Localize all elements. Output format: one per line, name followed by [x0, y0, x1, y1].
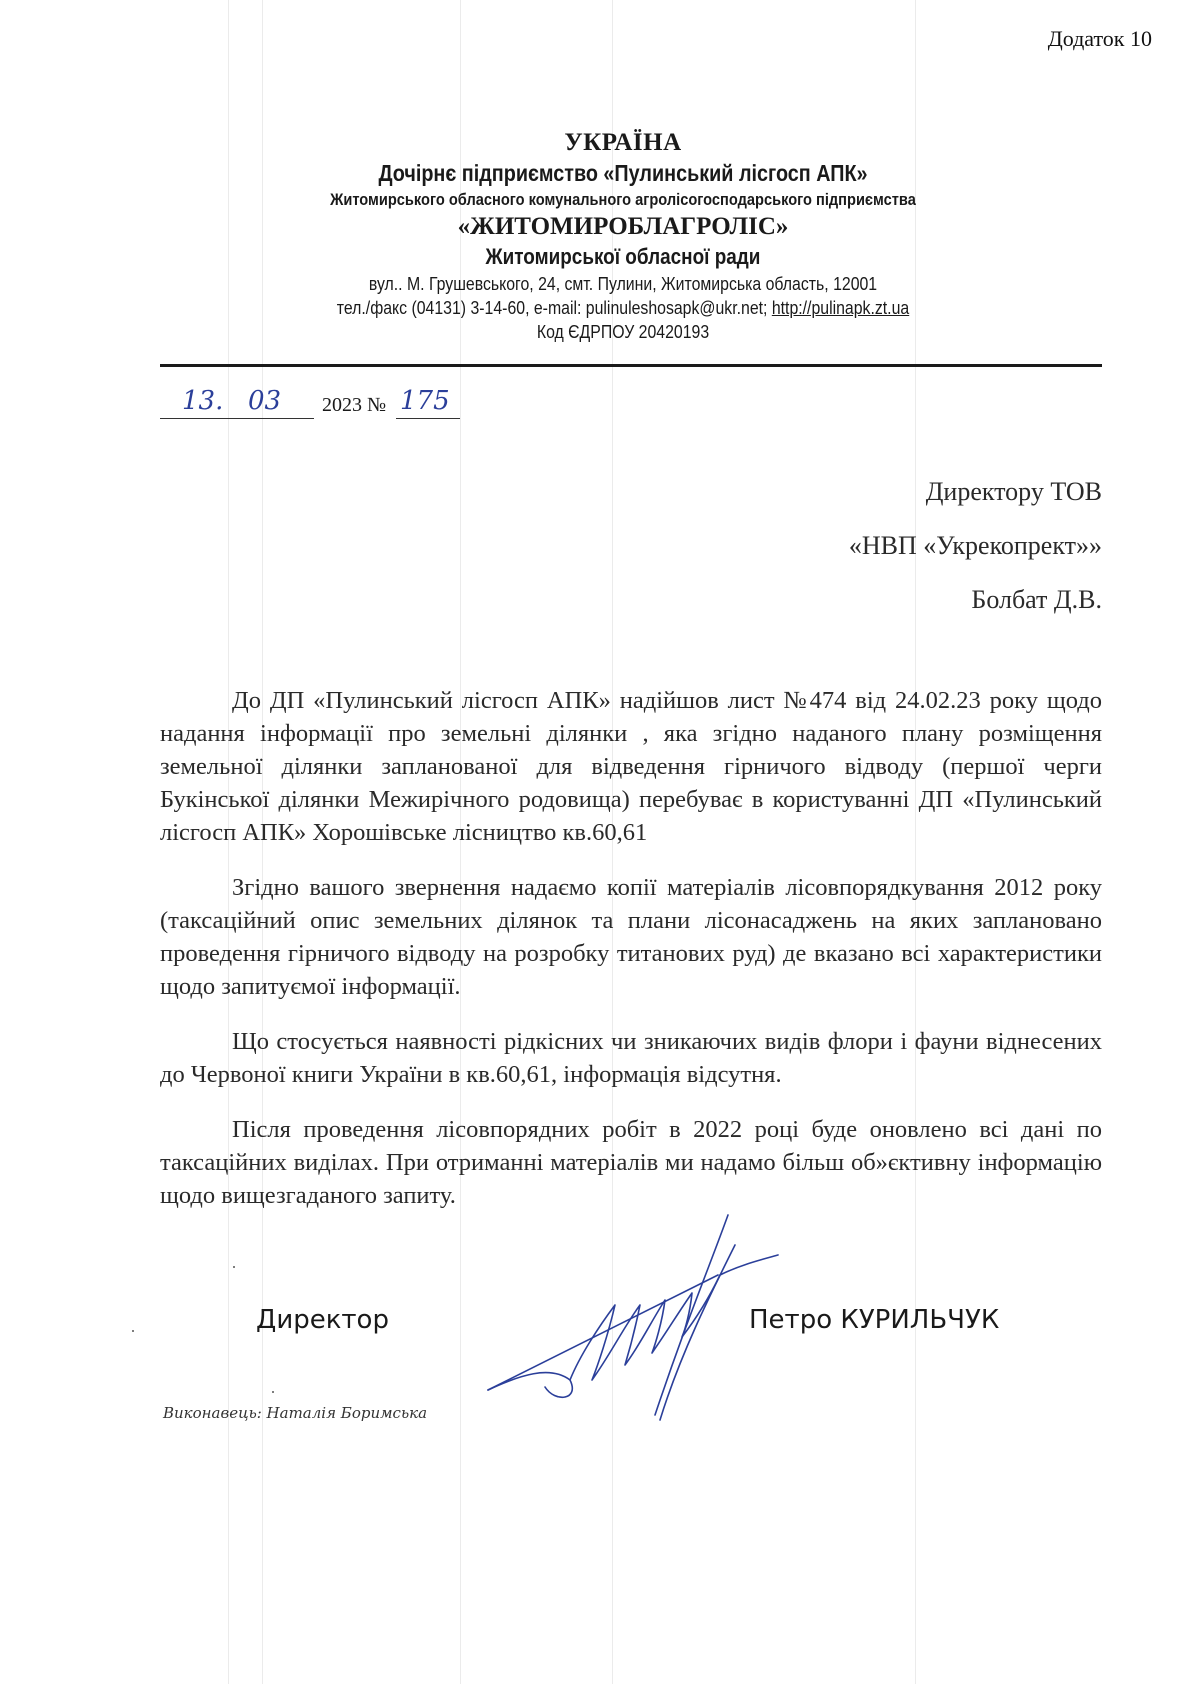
scan-speck	[272, 1391, 274, 1393]
letterhead: УКРАЇНА Дочірнє підприємство «Пулинський…	[150, 128, 1096, 344]
addressee-company: «НВП «Укрекопрект»»	[849, 519, 1102, 573]
letterhead-address: вул.. М. Грушевського, 24, смт. Пулини, …	[207, 272, 1039, 296]
contacts-text: тел./факс (04131) 3-14-60, e-mail: pulin…	[337, 298, 772, 318]
handwritten-day: 13.	[182, 386, 223, 416]
signatory-name: Петро КУРИЛЬЧУК	[749, 1305, 999, 1335]
body-paragraph: Після проведення лісовпорядних робіт в 2…	[160, 1113, 1102, 1212]
year-number-label: 2023 №	[322, 394, 386, 417]
body-paragraph: Згідно вашого звернення надаємо копії ма…	[160, 871, 1102, 1003]
letterhead-edrpou: Код ЄДРПОУ 20420193	[207, 320, 1039, 344]
addressee-position: Директору ТОВ	[849, 465, 1102, 519]
letterhead-parent-line: Житомирського обласного комунального агр…	[216, 188, 1030, 212]
letter-body: До ДП «Пулинський лісгосп АПК» надійшов …	[160, 684, 1102, 1234]
handwritten-number: 175	[400, 386, 450, 416]
letterhead-council: Житомирської обласної ради	[216, 242, 1030, 272]
number-underline	[396, 418, 460, 419]
letterhead-parent-brand: «ЖИТОМИРОБЛАГРОЛІС»	[150, 212, 1096, 242]
body-paragraph: Що стосується наявності рідкісних чи зни…	[160, 1025, 1102, 1091]
letterhead-contacts: тел./факс (04131) 3-14-60, e-mail: pulin…	[207, 296, 1039, 320]
website-link[interactable]: http://pulinapk.zt.ua	[772, 298, 909, 318]
addressee-name: Болбат Д.В.	[849, 573, 1102, 627]
signatory-title: Директор	[256, 1305, 389, 1335]
body-paragraph: До ДП «Пулинський лісгосп АПК» надійшов …	[160, 684, 1102, 849]
letterhead-divider	[160, 364, 1102, 367]
handwritten-month: 03	[248, 386, 281, 416]
appendix-label: Додаток 10	[1048, 26, 1152, 52]
executor-note: Виконавець: Наталія Боримська	[163, 1404, 427, 1422]
scan-speck	[132, 1330, 134, 1332]
letterhead-organization: Дочірнє підприємство «Пулинський лісгосп…	[216, 158, 1030, 188]
handwritten-signature-icon	[480, 1205, 780, 1425]
letterhead-country: УКРАЇНА	[150, 128, 1096, 158]
date-underline	[160, 418, 314, 419]
letter-page: Додаток 10 УКРАЇНА Дочірнє підприємство …	[0, 0, 1190, 1684]
addressee-block: Директору ТОВ «НВП «Укрекопрект»» Болбат…	[849, 465, 1102, 627]
scan-speck	[233, 1266, 235, 1268]
